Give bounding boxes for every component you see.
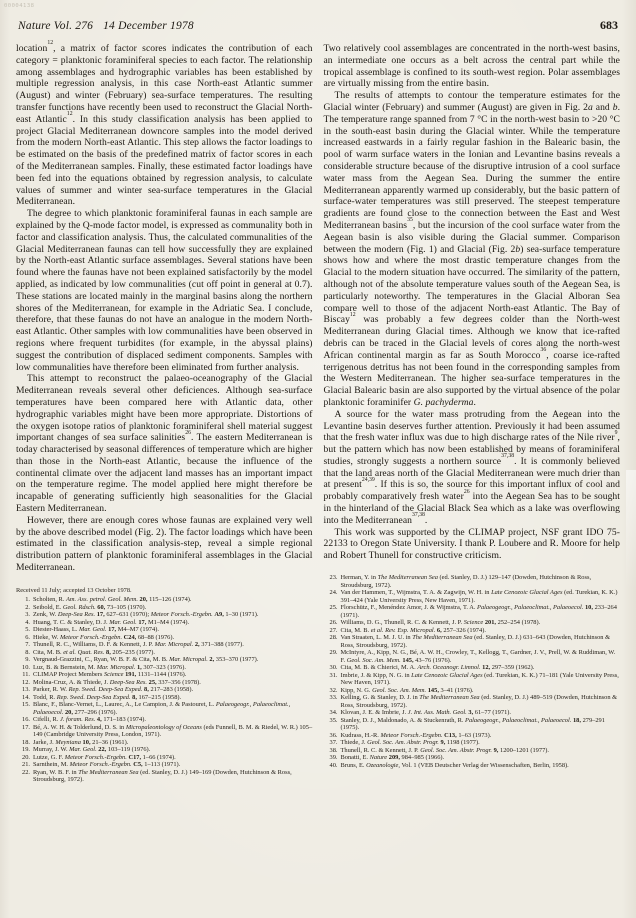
- reference-text: Ryan, W. B. F. in The Mediterranean Sea …: [33, 769, 313, 784]
- reference-item: 8.Cita, M. B. et al. Quat. Res. 8, 205–2…: [16, 649, 313, 657]
- reference-number: 9.: [16, 656, 33, 664]
- reference-item: 16.Cifelli, R. J. foram. Res. 4, 171–183…: [16, 716, 313, 724]
- body-paragraph: The degree to which planktonic foraminif…: [16, 208, 313, 373]
- reference-item: 29.McIntyre, A., Kipp, N. G., Bé, A. W. …: [324, 649, 621, 664]
- reference-text: Hieke, W. Meteor Forsch.-Ergebn. C24, 68…: [33, 634, 313, 642]
- reference-number: 33.: [324, 694, 341, 709]
- body-paragraph: Two relatively cool assemblages are conc…: [324, 43, 621, 90]
- reference-item: 17.Bé, A. W. H. & Tolderlund, D. S. in M…: [16, 724, 313, 739]
- reference-number: 40.: [324, 762, 341, 770]
- body-paragraph: The results of attempts to contour the t…: [324, 90, 621, 409]
- reference-number: 38.: [324, 747, 341, 755]
- reference-number: 36.: [324, 732, 341, 740]
- reference-text: Zenk, W. Deep-Sea Res. 17, 627–631 (1970…: [33, 611, 313, 619]
- reference-number: 11.: [16, 671, 33, 679]
- reference-item: 1.Scholten, R. Am. Ass. petrol. Geol. Me…: [16, 596, 313, 604]
- reference-text: Florschütz, F., Menéndez Amor, J. & Wijm…: [341, 604, 621, 619]
- reference-text: Murray, J. W. Mar. Geol. 22, 103–119 (19…: [33, 746, 313, 754]
- reference-item: 20.Lutze, G. F. Meteor Forsch.-Ergebn. C…: [16, 754, 313, 762]
- reference-item: 24.Van der Hammen, T., Wijmstra, T. A. &…: [324, 589, 621, 604]
- reference-number: 12.: [16, 679, 33, 687]
- reference-number: 6.: [16, 634, 33, 642]
- reference-item: 13.Parker, R. W. Rep. Swed. Deep-Sea Exp…: [16, 686, 313, 694]
- page-header: Nature Vol. 27614 December 1978 683: [18, 18, 618, 33]
- reference-text: Sarnthein, M. Meteor Forsch.-Ergebn. C5,…: [33, 761, 313, 769]
- reference-text: Van der Hammen, T., Wijmstra, T. A. & Za…: [341, 589, 621, 604]
- body-paragraph: This attempt to reconstruct the palaeo-o…: [16, 373, 313, 515]
- reference-text: Jarke, J. Meyniana 10, 21–36 (1961).: [33, 739, 313, 747]
- reference-number: 31.: [324, 672, 341, 687]
- reference-text: Cita, M. B. et al. Rev. Esp. Micropal. 6…: [341, 627, 621, 635]
- reference-number: 32.: [324, 687, 341, 695]
- reference-number: 34.: [324, 709, 341, 717]
- reference-number: 18.: [16, 739, 33, 747]
- reference-text: Diester-Haass, L. Mar. Geol. 17, M4–M7 (…: [33, 626, 313, 634]
- reference-number: 39.: [324, 754, 341, 762]
- reference-number: 25.: [324, 604, 341, 619]
- reference-item: 15.Blanc, F., Blanc-Vernet, L., Laurec, …: [16, 701, 313, 716]
- reference-text: Cifelli, R. J. foram. Res. 4, 171–183 (1…: [33, 716, 313, 724]
- reference-text: Thunell, R. C. & Kennett, J. P. Geol. So…: [341, 747, 621, 755]
- reference-item: 23.Herman, Y. in The Mediterranean Sea (…: [324, 574, 621, 589]
- reference-text: Molina-Cruz, A. & Thiede, J. Deep-Sea Re…: [33, 679, 313, 687]
- reference-number: 8.: [16, 649, 33, 657]
- reference-item: 3.Zenk, W. Deep-Sea Res. 17, 627–631 (19…: [16, 611, 313, 619]
- journal-page: 00004138 Nature Vol. 27614 December 1978…: [0, 0, 636, 918]
- reference-item: 39.Bonatti, E. Nature 209, 984–985 (1966…: [324, 754, 621, 762]
- reference-number: 2.: [16, 604, 33, 612]
- reference-number: 21.: [16, 761, 33, 769]
- reference-item: 7.Thunell, R. C., Williams, D. F. & Kenn…: [16, 641, 313, 649]
- reference-number: 30.: [324, 664, 341, 672]
- reference-list-left: 1.Scholten, R. Am. Ass. petrol. Geol. Me…: [16, 596, 313, 784]
- reference-text: McIntyre, A., Kipp, N. G., Bé, A. W. H.,…: [341, 649, 621, 664]
- reference-item: 4.Huang, T. C. & Stanley, D. J. Mar. Geo…: [16, 619, 313, 627]
- reference-text: Kelling, G. & Stanley, D. J. in The Medi…: [341, 694, 621, 709]
- reference-text: Stanley, D. J., Maldonado, A. & Stuckenr…: [341, 717, 621, 732]
- body-paragraph: location12, a matrix of factor scores in…: [16, 43, 313, 208]
- reference-item: 37.Thiede, J. Geol. Soc. Am. Abstr. Prog…: [324, 739, 621, 747]
- reference-item: 27.Cita, M. B. et al. Rev. Esp. Micropal…: [324, 627, 621, 635]
- reference-number: 4.: [16, 619, 33, 627]
- reference-number: 7.: [16, 641, 33, 649]
- reference-item: 38.Thunell, R. C. & Kennett, J. P. Geol.…: [324, 747, 621, 755]
- reference-item: 21.Sarnthein, M. Meteor Forsch.-Ergebn. …: [16, 761, 313, 769]
- reference-number: 17.: [16, 724, 33, 739]
- reference-item: 33.Kelling, G. & Stanley, D. J. in The M…: [324, 694, 621, 709]
- reference-item: 31.Imbrie, J. & Kipp, N. G. in Late Ceno…: [324, 672, 621, 687]
- reference-number: 37.: [324, 739, 341, 747]
- reference-number: 15.: [16, 701, 33, 716]
- reference-item: 5.Diester-Haass, L. Mar. Geol. 17, M4–M7…: [16, 626, 313, 634]
- reference-item: 30.Cita, M. B. & Chierici, M. A. Arch. O…: [324, 664, 621, 672]
- reference-text: Seibold, E. Geol. Rdsch. 60, 73–105 (197…: [33, 604, 313, 612]
- reference-number: 14.: [16, 694, 33, 702]
- body-paragraph: However, there are enough cores whose fa…: [16, 515, 313, 574]
- reference-number: 5.: [16, 626, 33, 634]
- reference-text: Van Straaten, L. M. J. U. in The Mediter…: [341, 634, 621, 649]
- reference-number: 27.: [324, 627, 341, 635]
- left-body-text: location12, a matrix of factor scores in…: [16, 43, 313, 574]
- reference-number: 28.: [324, 634, 341, 649]
- reference-text: Parker, R. W. Rep. Swed. Deep-Sea Exped.…: [33, 686, 313, 694]
- journal-volume: Nature Vol. 276: [18, 20, 93, 32]
- reference-item: 11.CLIMAP Project Members Science 191, 1…: [16, 671, 313, 679]
- reference-text: Klovan, J. E. & Imbrie, J. J. Int. Ass. …: [341, 709, 621, 717]
- reference-number: 10.: [16, 664, 33, 672]
- reference-item: 26.Williams, D. G., Thunell, R. C. & Ken…: [324, 619, 621, 627]
- reference-number: 13.: [16, 686, 33, 694]
- reference-item: 2.Seibold, E. Geol. Rdsch. 60, 73–105 (1…: [16, 604, 313, 612]
- reference-item: 40.Bruns, E. Ozeanologie, Vol. 1 (VEB De…: [324, 762, 621, 770]
- reference-text: Bé, A. W. H. & Tolderlund, D. S. in Micr…: [33, 724, 313, 739]
- reference-item: 22.Ryan, W. B. F. in The Mediterranean S…: [16, 769, 313, 784]
- reference-number: 1.: [16, 596, 33, 604]
- body-paragraph: This work was supported by the CLIMAP pr…: [324, 527, 621, 562]
- reference-text: Thunell, R. C., Williams, D. F. & Kennet…: [33, 641, 313, 649]
- reference-item: 14.Todd, R. Rep. Swed. Deep-Sea Exped. 8…: [16, 694, 313, 702]
- reference-text: Cita, M. B. & Chierici, M. A. Arch. Ocea…: [341, 664, 621, 672]
- scan-artifact: [626, 470, 636, 590]
- reference-item: 6.Hieke, W. Meteor Forsch.-Ergebn. C24, …: [16, 634, 313, 642]
- reference-text: Bruns, E. Ozeanologie, Vol. 1 (VEB Deuts…: [341, 762, 621, 770]
- reference-text: Todd, R. Rep. Swed. Deep-Sea Exped. 8, 1…: [33, 694, 313, 702]
- reference-text: Lutze, G. F. Meteor Forsch.-Ergebn. C17,…: [33, 754, 313, 762]
- reference-number: 19.: [16, 746, 33, 754]
- reference-text: CLIMAP Project Members Science 191, 1131…: [33, 671, 313, 679]
- reference-text: Kudrass, H.-R. Meteor Forsch.-Ergebn. C1…: [341, 732, 621, 740]
- reference-text: Blanc, F., Blanc-Vernet, L., Laurec, A.,…: [33, 701, 313, 716]
- reference-text: Imbrie, J. & Kipp, N. G. in Late Cenozoi…: [341, 672, 621, 687]
- body-paragraph: A source for the water mass protruding f…: [324, 409, 621, 527]
- scan-id-number: 00004138: [4, 3, 35, 9]
- reference-text: Vergnaud-Grazzini, C., Ryan, W. B. F. & …: [33, 656, 313, 664]
- reference-text: Cita, M. B. et al. Quat. Res. 8, 205–235…: [33, 649, 313, 657]
- reference-item: 35.Stanley, D. J., Maldonado, A. & Stuck…: [324, 717, 621, 732]
- issue-date: 14 December 1978: [103, 20, 194, 32]
- reference-text: Herman, Y. in The Mediterranean Sea (ed.…: [341, 574, 621, 589]
- left-column: location12, a matrix of factor scores in…: [16, 43, 313, 784]
- received-accepted-line: Received 11 July; accepted 13 October 19…: [16, 587, 313, 595]
- page-number: 683: [600, 18, 618, 33]
- reference-item: 19.Murray, J. W. Mar. Geol. 22, 103–119 …: [16, 746, 313, 754]
- reference-number: 26.: [324, 619, 341, 627]
- reference-number: 3.: [16, 611, 33, 619]
- right-body-text: Two relatively cool assemblages are conc…: [324, 43, 621, 562]
- journal-running-head: Nature Vol. 27614 December 1978: [18, 20, 194, 32]
- reference-number: 29.: [324, 649, 341, 664]
- reference-text: Thiede, J. Geol. Soc. Am. Abstr. Progr. …: [341, 739, 621, 747]
- reference-number: 24.: [324, 589, 341, 604]
- right-column: Two relatively cool assemblages are conc…: [324, 43, 621, 784]
- reference-item: 28.Van Straaten, L. M. J. U. in The Medi…: [324, 634, 621, 649]
- reference-item: 10.Luz, B. & Bernstein, M. Mar. Micropal…: [16, 664, 313, 672]
- reference-number: 16.: [16, 716, 33, 724]
- reference-text: Huang, T. C. & Stanley, D. J. Mar. Geol.…: [33, 619, 313, 627]
- reference-item: 25.Florschütz, F., Menéndez Amor, J. & W…: [324, 604, 621, 619]
- reference-item: 32.Kipp, N. G. Geol. Soc. Am. Mem. 145, …: [324, 687, 621, 695]
- reference-item: 34.Klovan, J. E. & Imbrie, J. J. Int. As…: [324, 709, 621, 717]
- reference-text: Scholten, R. Am. Ass. petrol. Geol. Mem.…: [33, 596, 313, 604]
- reference-text: Kipp, N. G. Geol. Soc. Am. Mem. 145, 3–4…: [341, 687, 621, 695]
- reference-text: Luz, B. & Bernstein, M. Mar. Micropal. 1…: [33, 664, 313, 672]
- reference-item: 18.Jarke, J. Meyniana 10, 21–36 (1961).: [16, 739, 313, 747]
- reference-item: 9.Vergnaud-Grazzini, C., Ryan, W. B. F. …: [16, 656, 313, 664]
- reference-text: Bonatti, E. Nature 209, 984–985 (1966).: [341, 754, 621, 762]
- reference-number: 22.: [16, 769, 33, 784]
- reference-item: 12.Molina-Cruz, A. & Thiede, J. Deep-Sea…: [16, 679, 313, 687]
- two-column-body: location12, a matrix of factor scores in…: [16, 43, 620, 784]
- reference-number: 23.: [324, 574, 341, 589]
- reference-item: 36.Kudrass, H.-R. Meteor Forsch.-Ergebn.…: [324, 732, 621, 740]
- reference-list-right: 23.Herman, Y. in The Mediterranean Sea (…: [324, 574, 621, 769]
- reference-number: 35.: [324, 717, 341, 732]
- reference-number: 20.: [16, 754, 33, 762]
- reference-text: Williams, D. G., Thunell, R. C. & Kennet…: [341, 619, 621, 627]
